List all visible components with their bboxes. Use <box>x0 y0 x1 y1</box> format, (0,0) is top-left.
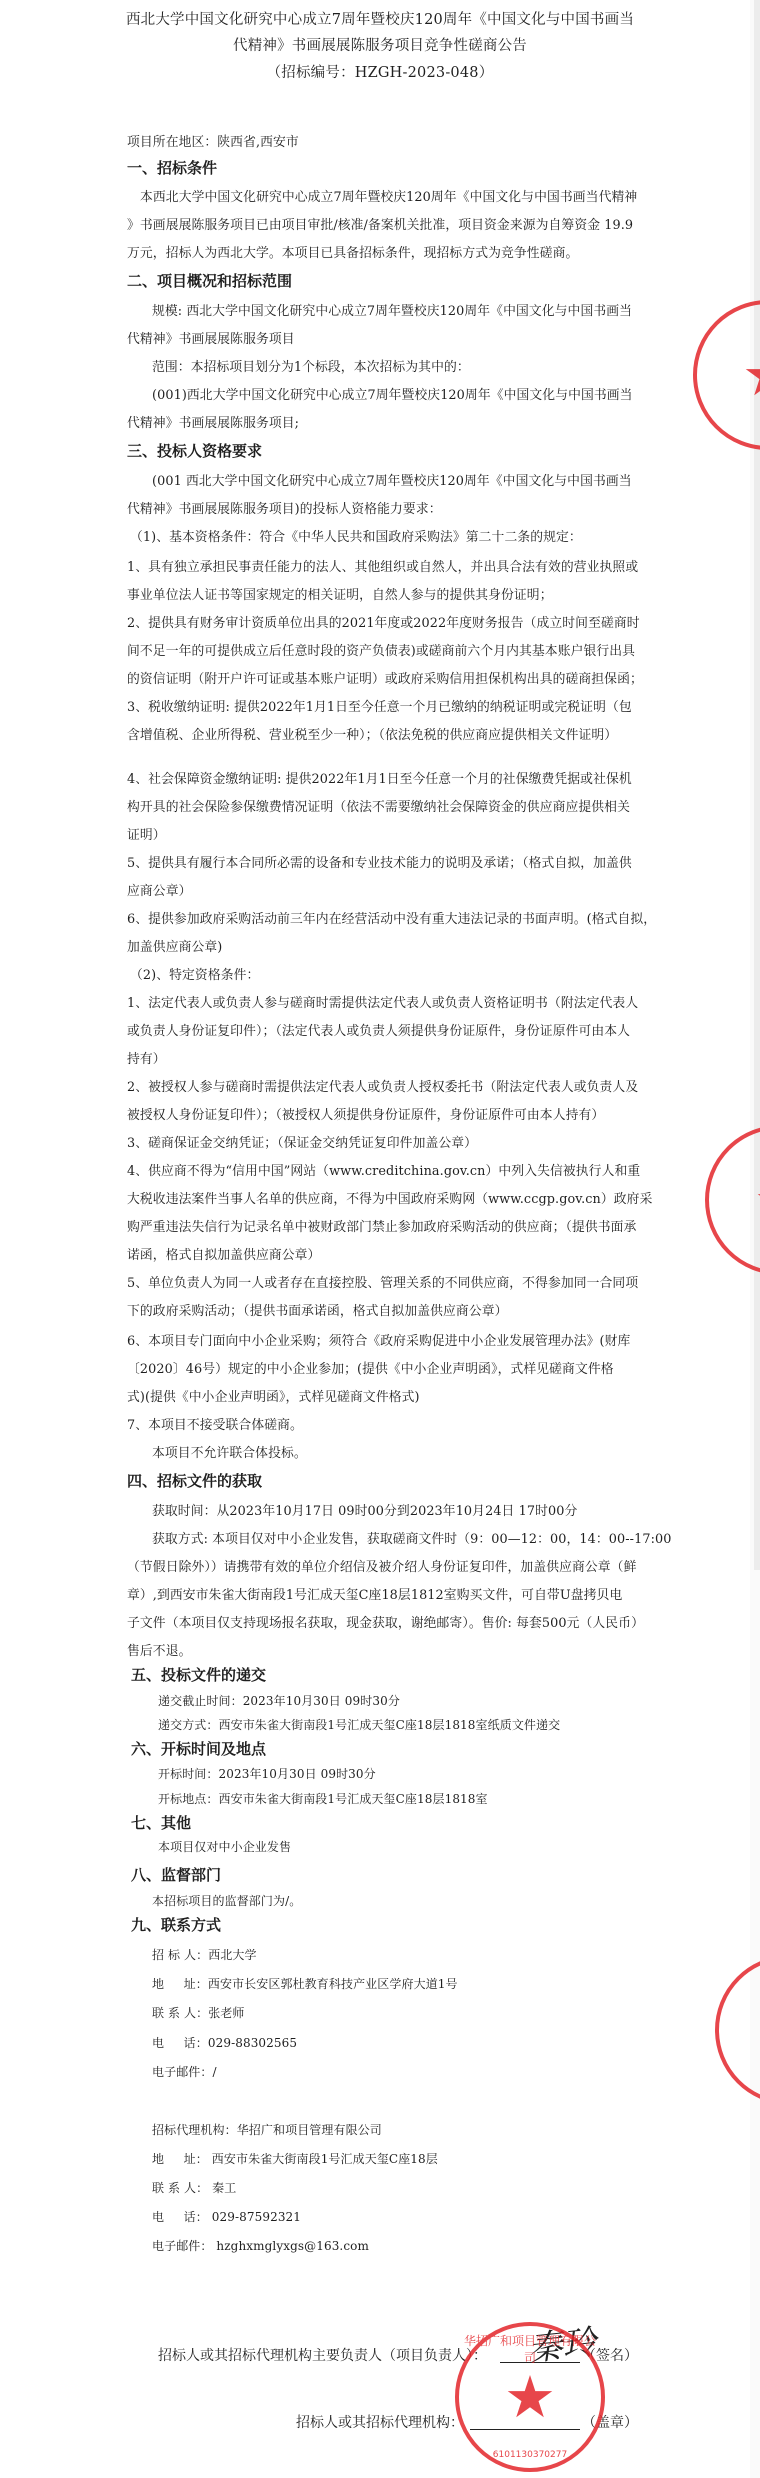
agency-contact: 联 系 人： 秦工 <box>152 2179 236 2196</box>
text-line: 持有） <box>127 1048 166 1067</box>
text-line: 4、社会保障资金缴纳证明: 提供2022年1月1日至今任意一个月的社保缴费凭据或… <box>127 768 632 787</box>
text-line: 本招标项目的监督部门为/。 <box>152 1892 301 1909</box>
agency-address: 地 址： 西安市朱雀大街南段1号汇成天玺C座18层 <box>152 2150 438 2167</box>
document-page: 西北大学中国文化研究中心成立7周年暨校庆120周年《中国文化与中国书画当 代精神… <box>0 0 760 2478</box>
company-seal: 华招广和项目管理有限公司 ★ 6101130370277 <box>455 2322 605 2472</box>
text-line: 1、法定代表人或负责人参与磋商时需提供法定代表人或负责人资格证明书（附法定代表人 <box>127 992 638 1011</box>
text-line: 1、具有独立承担民事责任能力的法人、其他组织或自然人，并出具合法有效的营业执照或 <box>127 556 638 575</box>
bid-number: （招标编号：HZGH-2023-048） <box>0 61 760 82</box>
text-line: 下的政府采购活动；（提供书面承诺函，格式自拟加盖供应商公章） <box>127 1300 508 1319</box>
seal-label: 招标人或其招标代理机构： <box>296 2412 464 2432</box>
text-line: 含增值税、企业所得税、营业税至少一种）；（依法免税的供应商应提供相关文件证明） <box>127 724 617 743</box>
text-line: 获取方式: 本项目仅对中小企业发售，获取磋商文件时（9：00—12：00，14：… <box>152 1528 671 1547</box>
doc-title-line1: 西北大学中国文化研究中心成立7周年暨校庆120周年《中国文化与中国书画当 <box>0 8 760 29</box>
signature-label: 招标人或其招标代理机构主要负责人（项目负责人）： <box>158 2345 487 2365</box>
text-line: 递交方式：西安市朱雀大街南段1号汇成天玺C座18层1818室纸质文件递交 <box>158 1716 560 1733</box>
section-heading-5: 五、投标文件的递交 <box>131 1664 266 1685</box>
text-line: 递交截止时间：2023年10月30日 09时30分 <box>158 1692 400 1709</box>
text-line: 2、被授权人参与磋商时需提供法定代表人或负责人授权委托书（附法定代表人或负责人及 <box>127 1076 638 1095</box>
section-heading-1: 一、招标条件 <box>127 157 217 178</box>
tenderer-phone: 电 话：029-88302565 <box>152 2034 297 2051</box>
text-line: 子文件（本项目仅支持现场报名获取，现金获取，谢绝邮寄）。售价: 每套500元（人… <box>127 1612 644 1631</box>
text-line: 的资信证明（附开户许可证或基本账户证明）或政府采购信用担保机构出具的磋商担保函； <box>127 668 643 687</box>
text-line: 7、本项目不接受联合体磋商。 <box>127 1414 303 1433</box>
text-line: 应商公章） <box>127 880 191 899</box>
text-line: 本项目不允许联合体投标。 <box>152 1442 307 1461</box>
text-line: 3、磋商保证金交纳凭证；（保证金交纳凭证复印件加盖公章） <box>127 1132 477 1151</box>
text-line: （2)、特定资格条件： <box>130 964 259 983</box>
text-line: 2、提供具有财务审计资质单位出具的2021年度或2022年度财务报告（成立时间至… <box>127 612 640 631</box>
tenderer-name: 招 标 人：西北大学 <box>152 1946 257 1963</box>
agency-name: 招标代理机构：华招广和项目管理有限公司 <box>152 2121 382 2138</box>
agency-email: 电子邮件： hzghxmglyxgs@163.com <box>152 2237 369 2254</box>
seal-ring-text: 华招广和项目管理有限公司 <box>459 2332 601 2366</box>
text-line: 代精神》书画展展陈服务项目 <box>127 328 295 347</box>
seal-star-icon: ★ <box>754 1171 760 1229</box>
text-line: （节假日除外））请携带有效的单位介绍信及被介绍人身份证复印件，加盖供应商公章（鲜 <box>127 1556 636 1575</box>
text-line: 本西北大学中国文化研究中心成立7周年暨校庆120周年《中国文化与中国书画当代精神 <box>140 186 637 205</box>
section-heading-3: 三、投标人资格要求 <box>127 440 262 461</box>
text-line: 6、本项目专门面向中小企业采购；须符合《政府采购促进中小企业发展管理办法》(财库 <box>127 1330 630 1349</box>
page-edge-shadow <box>754 0 760 1570</box>
partial-seal-page2: ★ <box>705 1125 760 1275</box>
text-line: 4、供应商不得为“信用中国”网站（www.creditchina.gov.cn）… <box>127 1160 640 1179</box>
text-line: 被授权人身份证复印件）；（被授权人须提供身份证原件，身份证原件可由本人持有） <box>127 1104 604 1123</box>
section-heading-9: 九、联系方式 <box>131 1914 221 1935</box>
tenderer-email: 电子邮件：/ <box>152 2063 217 2080</box>
tenderer-address: 地 址：西安市长安区郭杜教育科技产业区学府大道1号 <box>152 1975 458 1992</box>
project-region: 项目所在地区：陕西省,西安市 <box>127 131 299 150</box>
text-line: 规模: 西北大学中国文化研究中心成立7周年暨校庆120周年《中国文化与中国书画当 <box>152 300 632 319</box>
text-line: 诺函，格式自拟加盖供应商公章） <box>127 1244 320 1263</box>
tenderer-contact: 联 系 人：张老师 <box>152 2004 245 2021</box>
partial-seal-page3 <box>715 1955 760 2105</box>
text-line: (001 西北大学中国文化研究中心成立7周年暨校庆120周年《中国文化与中国书画… <box>152 470 632 489</box>
text-line: 间不足一年的可提供成立后任意时段的资产负债表)或磋商前六个月内其基本账户银行出具 <box>127 640 635 659</box>
section-heading-2: 二、项目概况和招标范围 <box>127 270 292 291</box>
section-heading-7: 七、其他 <box>131 1812 191 1833</box>
text-line: 3、税收缴纳证明: 提供2022年1月1日至今任意一个月已缴纳的纳税证明或完税证… <box>127 696 632 715</box>
text-line: 获取时间：从2023年10月17日 09时00分到2023年10月24日 17时… <box>152 1500 577 1519</box>
text-line: 售后不退。 <box>127 1640 191 1659</box>
text-line: 证明） <box>127 824 166 843</box>
seal-star-icon: ★ <box>742 346 760 404</box>
text-line: 6、提供参加政府采购活动前三年内在经营活动中没有重大违法记录的书面声明。(格式自… <box>127 908 656 927</box>
section-heading-6: 六、开标时间及地点 <box>131 1738 266 1759</box>
text-line: 章）,到西安市朱雀大街南段1号汇成天玺C座18层1812室购买文件，可自带U盘拷… <box>127 1584 622 1603</box>
text-line: （1)、基本资格条件：符合《中华人民共和国政府采购法》第二十二条的规定： <box>130 526 582 545</box>
doc-title-line2: 代精神》书画展展陈服务项目竞争性磋商公告 <box>0 34 760 55</box>
text-line: 〔2020〕46号）规定的中小企业参加；(提供《中小企业声明函》，式样见磋商文件… <box>127 1358 614 1377</box>
text-line: 构开具的社会保险参保缴费情况证明（依法不需要缴纳社会保障资金的供应商应提供相关 <box>127 796 630 815</box>
text-line: 事业单位法人证书等国家规定的相关证明，自然人参与的提供其身份证明； <box>127 584 553 603</box>
text-line: 万元，招标人为西北大学。本项目已具备招标条件，现招标方式为竞争性磋商。 <box>127 242 578 261</box>
text-line: 开标地点：西安市朱雀大街南段1号汇成天玺C座18层1818室 <box>158 1790 488 1807</box>
text-line: 范围：本招标项目划分为1个标段，本次招标为其中的： <box>152 356 470 375</box>
text-line: 代精神》书画展展陈服务项目)的投标人资格能力要求： <box>127 498 442 517</box>
text-line: 或负责人身份证复印件）；（法定代表人或负责人须提供身份证原件，身份证原件可由本人 <box>127 1020 630 1039</box>
text-line: 大税收违法案件当事人名单的供应商，不得为中国政府采购网（www.ccgp.gov… <box>127 1188 652 1207</box>
text-line: 式)(提供《中小企业声明函》，式样见磋商文件格式) <box>127 1386 420 1405</box>
text-line: 5、提供具有履行本合同所必需的设备和专业技术能力的说明及承诺；（格式自拟，加盖供 <box>127 852 632 871</box>
text-line: 代精神》书画展展陈服务项目; <box>127 412 299 431</box>
text-line: 本项目仅对中小企业发售 <box>158 1838 291 1855</box>
text-line: 开标时间：2023年10月30日 09时30分 <box>158 1765 376 1782</box>
agency-phone: 电 话： 029-87592321 <box>152 2208 301 2225</box>
text-line: 5、单位负责人为同一人或者存在直接控股、管理关系的不同供应商，不得参加同一合同项 <box>127 1272 638 1291</box>
seal-number: 6101130370277 <box>459 2450 601 2460</box>
text-line: 加盖供应商公章) <box>127 936 222 955</box>
text-line: 》书画展展陈服务项目已由项目审批/核准/备案机关批准，项目资金来源为自筹资金 1… <box>127 214 633 233</box>
text-line: (001)西北大学中国文化研究中心成立7周年暨校庆120周年《中国文化与中国书画… <box>152 384 633 403</box>
text-line: 购严重违法失信行为记录名单中被财政部门禁止参加政府采购活动的供应商；（提供书面承 <box>127 1216 636 1235</box>
partial-seal-page1: ★ <box>693 300 760 450</box>
seal-star-icon: ★ <box>504 2368 556 2426</box>
section-heading-8: 八、监督部门 <box>131 1864 221 1885</box>
section-heading-4: 四、招标文件的获取 <box>127 1470 262 1491</box>
